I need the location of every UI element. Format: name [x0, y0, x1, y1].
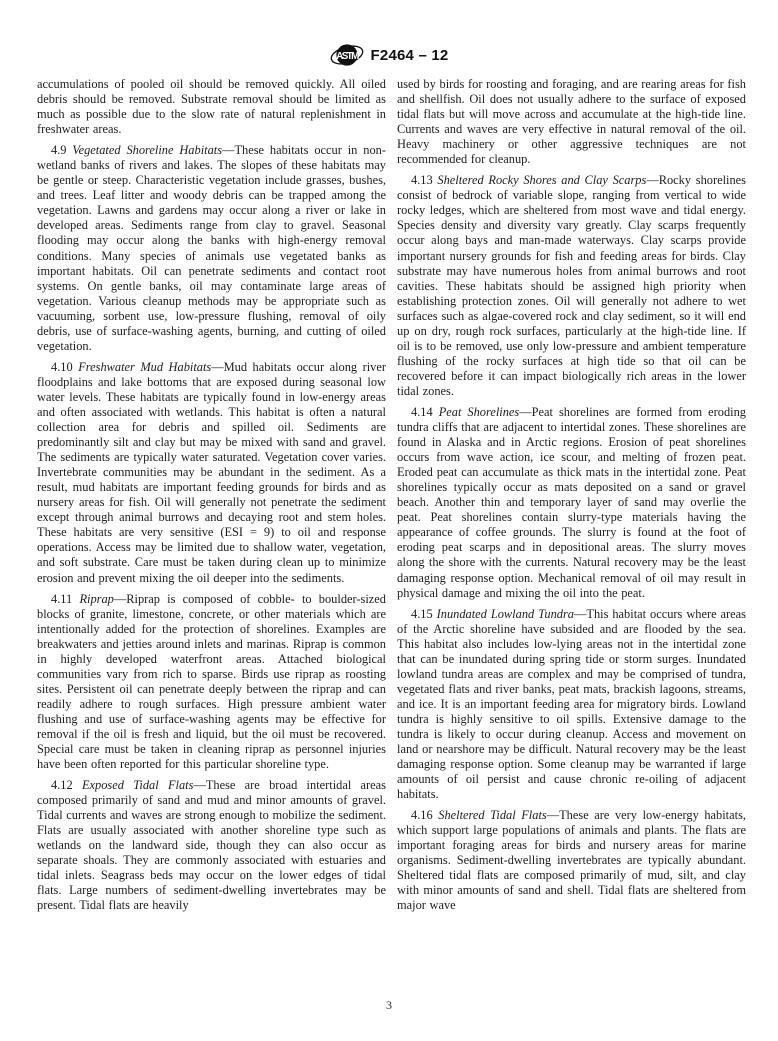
section-number: 4.10 [51, 360, 73, 374]
page-footer: 3 [0, 998, 778, 1013]
standard-designation: F2464 – 12 [371, 47, 449, 64]
section-paragraph-4.10: 4.10 Freshwater Mud Habitats—Mud habitat… [37, 360, 386, 586]
section-title: Peat Shorelines [439, 405, 520, 419]
continuation-paragraph: accumulations of pooled oil should be re… [37, 77, 386, 137]
section-title: Riprap [79, 592, 113, 606]
paragraph-text: —Mud habitats occur along river floodpla… [37, 360, 386, 585]
section-title: Inundated Lowland Tundra [437, 607, 574, 621]
section-paragraph-4.11: 4.11 Riprap—Riprap is composed of cobble… [37, 592, 386, 773]
paragraph-text: —Riprap is composed of cobble- to boulde… [37, 592, 386, 772]
paragraph-text: —These are very low-energy habitats, whi… [397, 808, 746, 912]
section-number: 4.16 [411, 808, 433, 822]
section-title: Freshwater Mud Habitats [78, 360, 211, 374]
section-number: 4.12 [51, 778, 73, 792]
page-number: 3 [386, 998, 392, 1012]
page-header: ASTM F2464 – 12 [0, 40, 778, 70]
two-column-body: accumulations of pooled oil should be re… [37, 77, 746, 979]
paragraph-text: accumulations of pooled oil should be re… [37, 77, 386, 136]
left-column: accumulations of pooled oil should be re… [37, 77, 386, 979]
section-title: Exposed Tidal Flats [82, 778, 193, 792]
astm-logo: ASTM [330, 40, 364, 70]
right-column: used by birds for roosting and foraging,… [397, 77, 746, 979]
paragraph-text: —This habitat occurs where areas of the … [397, 607, 746, 802]
paragraph-text: —These are broad intertidal areas compos… [37, 778, 386, 912]
section-paragraph-4.12: 4.12 Exposed Tidal Flats—These are broad… [37, 778, 386, 913]
astm-logo-text: ASTM [336, 51, 359, 62]
section-paragraph-4.16: 4.16 Sheltered Tidal Flats—These are ver… [397, 808, 746, 913]
section-title: Vegetated Shoreline Habitats [72, 143, 222, 157]
section-title: Sheltered Tidal Flats [438, 808, 546, 822]
document-page: ASTM F2464 – 12 accumulations of pooled … [0, 0, 778, 1041]
section-paragraph-4.15: 4.15 Inundated Lowland Tundra—This habit… [397, 607, 746, 803]
section-number: 4.15 [411, 607, 433, 621]
section-title: Sheltered Rocky Shores and Clay Scarps [437, 173, 646, 187]
section-number: 4.13 [411, 173, 433, 187]
section-number: 4.9 [51, 143, 67, 157]
section-number: 4.11 [51, 592, 72, 606]
paragraph-text: —These habitats occur in non-wetland ban… [37, 143, 386, 353]
paragraph-text: used by birds for roosting and foraging,… [397, 77, 746, 166]
paragraph-text: —Rocky shorelines consist of bedrock of … [397, 173, 746, 398]
section-paragraph-4.9: 4.9 Vegetated Shoreline Habitats—These h… [37, 143, 386, 354]
continuation-paragraph: used by birds for roosting and foraging,… [397, 77, 746, 167]
section-paragraph-4.13: 4.13 Sheltered Rocky Shores and Clay Sca… [397, 173, 746, 399]
paragraph-text: —Peat shorelines are formed from eroding… [397, 405, 746, 600]
section-number: 4.14 [411, 405, 433, 419]
section-paragraph-4.14: 4.14 Peat Shorelines—Peat shorelines are… [397, 405, 746, 601]
